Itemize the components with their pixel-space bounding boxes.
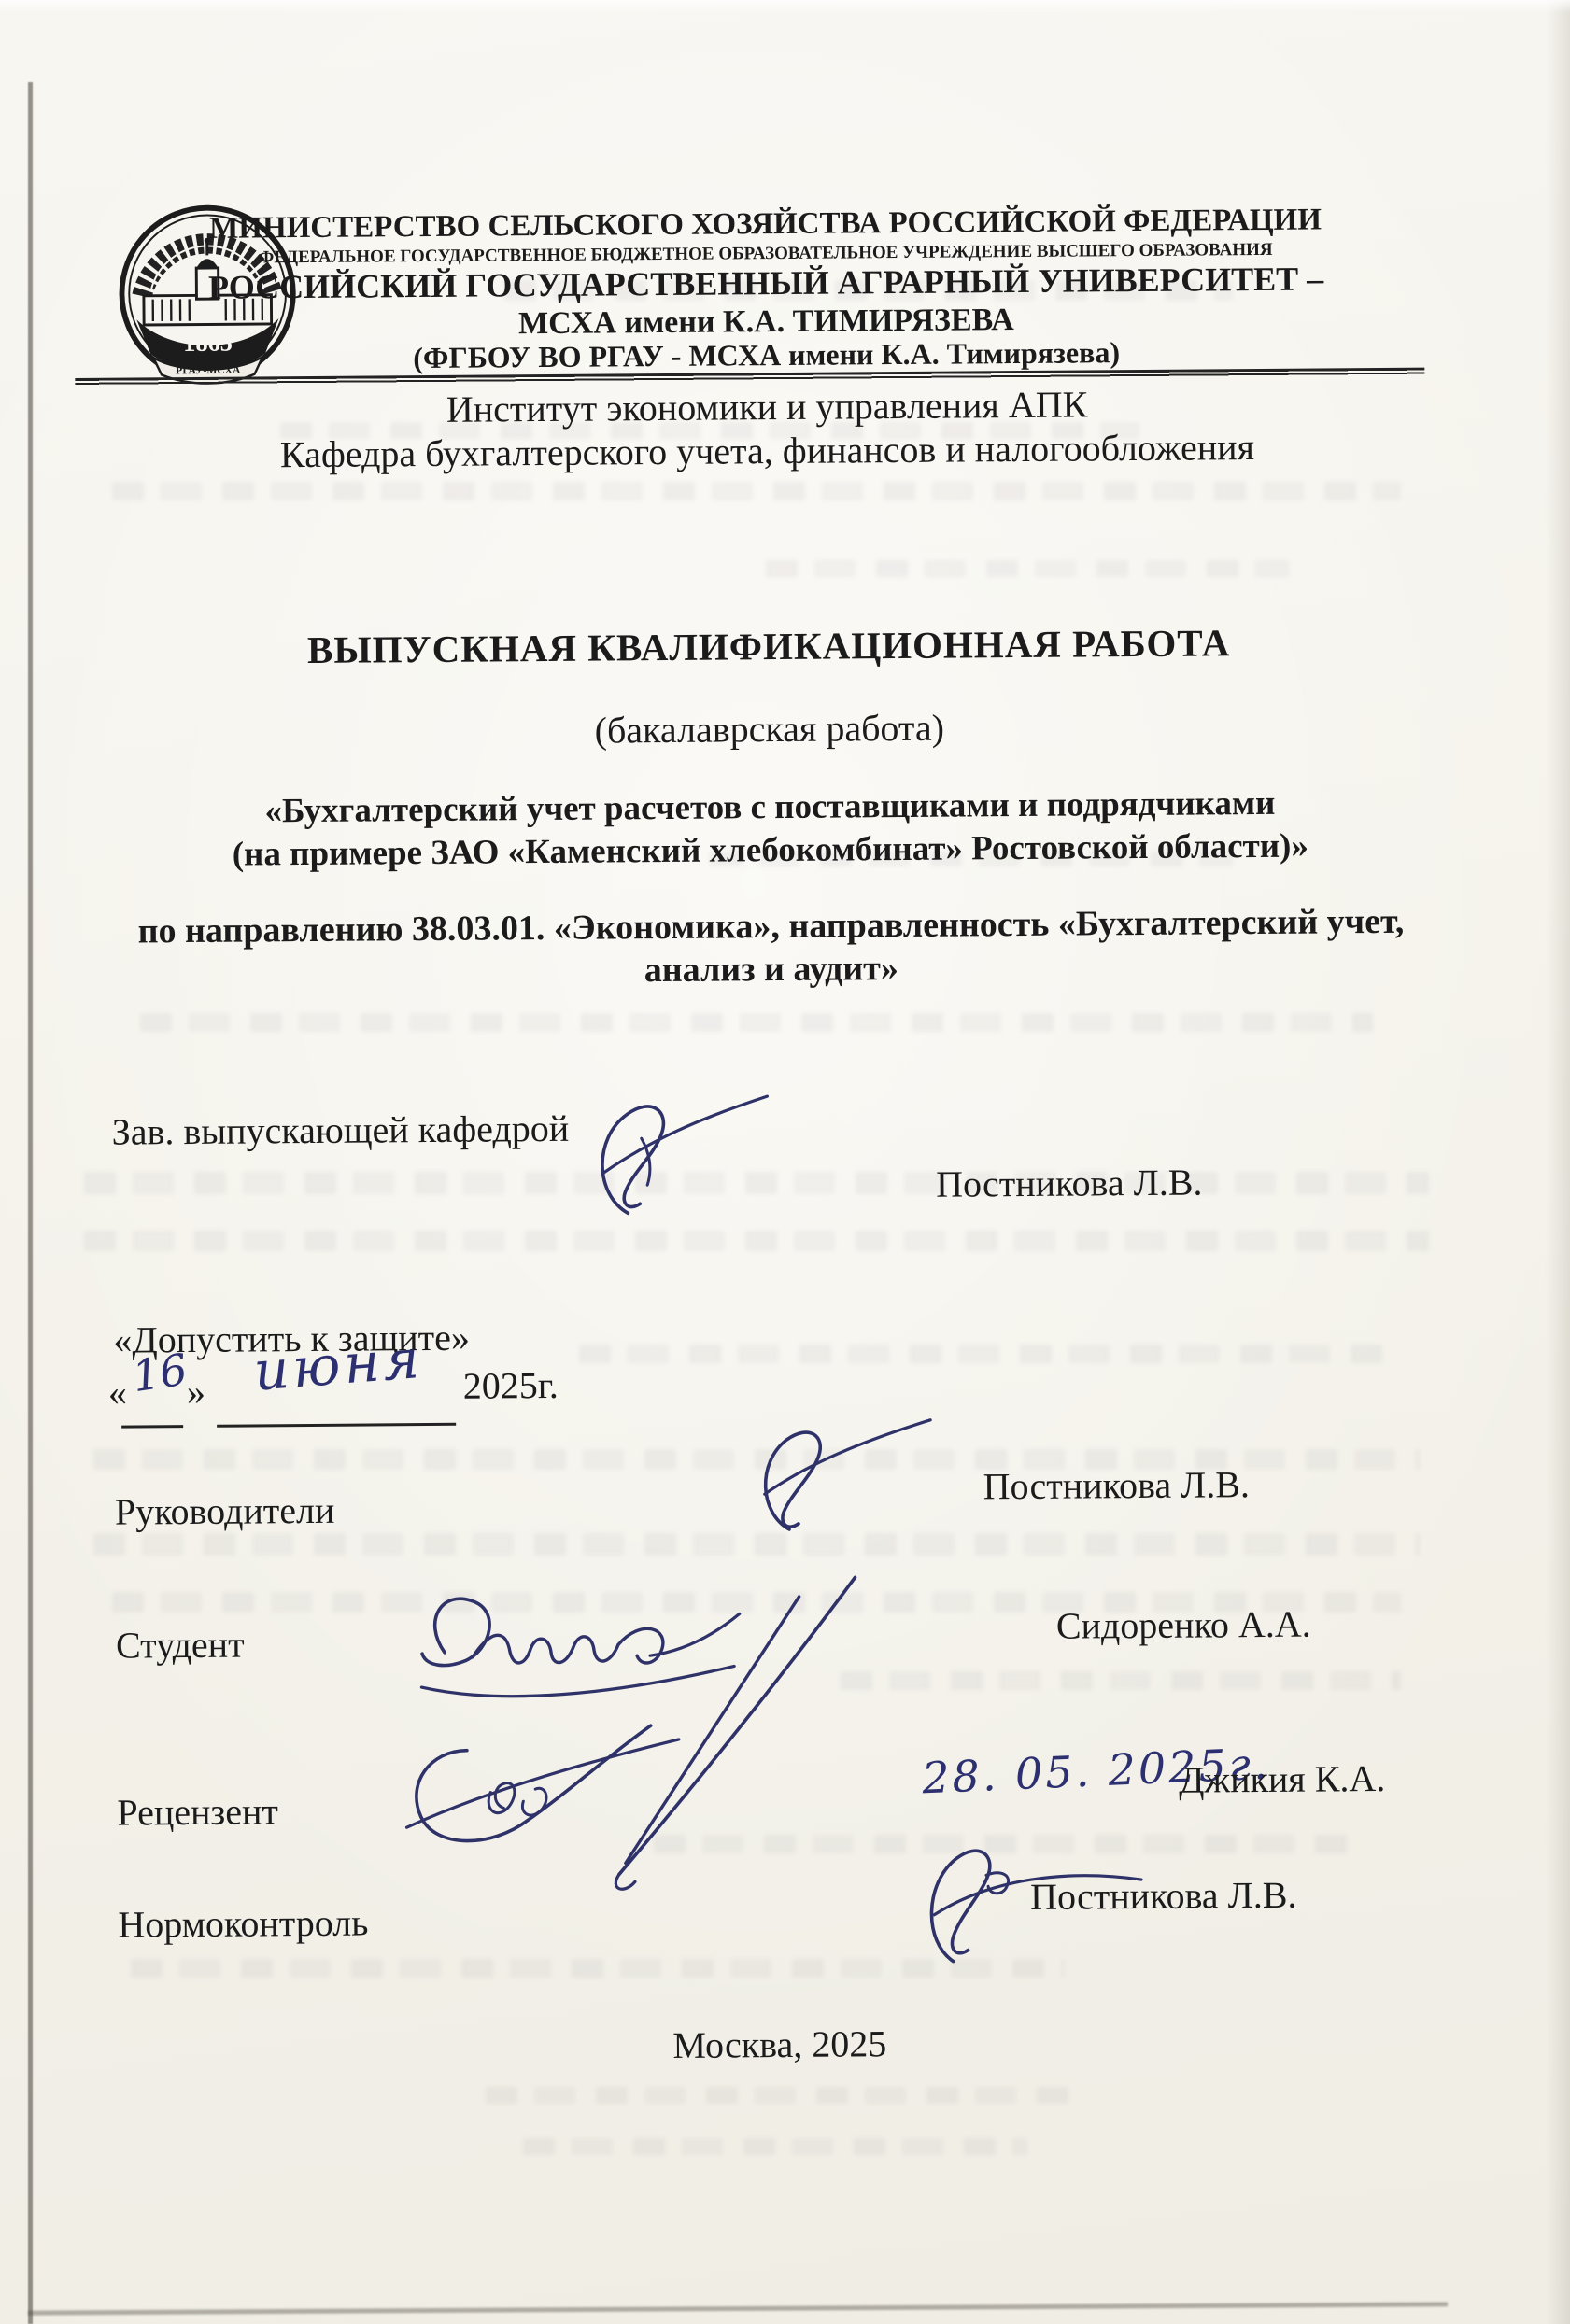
supervisor-name: Постникова Л.В.	[983, 1462, 1251, 1508]
norm-control-label: Нормоконтроль	[118, 1901, 368, 1947]
topic-line2: (на примере ЗАО «Каменский хлебокомбинат…	[27, 824, 1513, 876]
scan-edge-top	[0, 0, 1570, 13]
reviewer-signature	[377, 1693, 692, 1896]
city-year-line: Москва, 2025	[36, 2017, 1522, 2072]
date-year: 2025г.	[463, 1363, 559, 1408]
handwritten-month: июня	[251, 1327, 425, 1403]
reviewer-name: Джикия К.А.	[1179, 1756, 1386, 1802]
student-name: Сидоренко А.А.	[1056, 1602, 1311, 1648]
work-subtitle: (бакалаврская работа)	[26, 701, 1512, 756]
norm-control-name: Постникова Л.В.	[1030, 1873, 1297, 1919]
department-head-signature	[575, 1081, 777, 1232]
student-label: Студент	[116, 1623, 245, 1668]
department-head-name: Постникова Л.В.	[936, 1160, 1203, 1205]
scan-edge-left	[28, 82, 33, 2324]
supervisors-label: Руководители	[115, 1488, 335, 1534]
page-content: 1865 РГАУ-МСХА МИНИСТЕРСТВО СЕЛЬСКОГО ХО…	[0, 0, 1570, 2324]
day-underline	[121, 1425, 183, 1429]
date-quote-open: «	[108, 1371, 127, 1415]
work-title: ВЫПУСКНАЯ КВАЛИФИКАЦИОННАЯ РАБОТА	[25, 618, 1511, 674]
supervisor-signature	[732, 1407, 939, 1549]
month-underline	[217, 1423, 456, 1428]
date-quote-close: »	[187, 1370, 205, 1414]
department-head-label: Зав. выпускающей кафедрой	[111, 1106, 569, 1154]
scan-edge-right	[1546, 0, 1570, 2324]
scanned-title-page: 1865 РГАУ-МСХА МИНИСТЕРСТВО СЕЛЬСКОГО ХО…	[0, 0, 1570, 2324]
handwritten-day: 16	[129, 1344, 191, 1401]
reviewer-label: Рецензент	[117, 1789, 278, 1834]
